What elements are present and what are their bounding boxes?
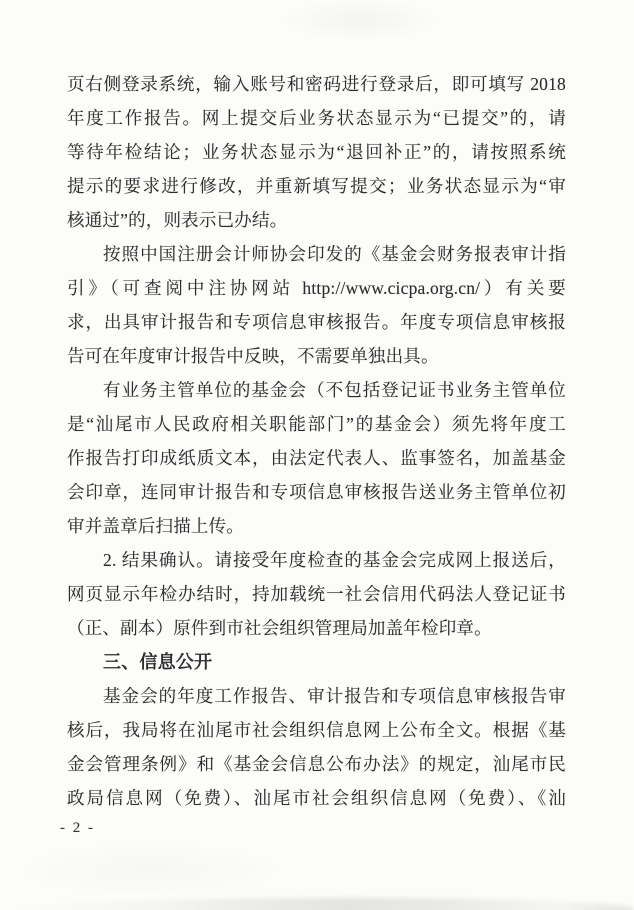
text-line: 核后，我局将在汕尾市社会组织信息网上公布全文。根据《基 — [67, 713, 566, 747]
text-line: 等待年检结论；业务状态显示为“退回补正”的，请按照系统 — [67, 135, 566, 169]
text-line: 年度工作报告。网上提交后业务状态显示为“已提交”的，请 — [67, 101, 566, 135]
text-line: 是“汕尾市人民政府相关职能部门”的基金会）须先将年度工 — [67, 407, 566, 441]
text-line: 引》（可查阅中注协网站 http://www.cicpa.org.cn/）有关要 — [67, 271, 566, 305]
text-line: 审并盖章后扫描上传。 — [67, 509, 566, 543]
text-line: 金会管理条例》和《基金会信息公布办法》的规定，汕尾市民 — [67, 747, 566, 781]
page-number: - 2 - — [60, 820, 95, 837]
section-heading: 三、信息公开 — [67, 645, 566, 679]
text-line: 求，出具审计报告和专项信息审核报告。年度专项信息审核报 — [67, 305, 566, 339]
text-line: 按照中国注册会计师协会印发的《基金会财务报表审计指 — [67, 237, 566, 271]
bottom-scan-shadow-artifact — [0, 898, 634, 910]
text-line: 页右侧登录系统，输入账号和密码进行登录后，即可填写 2018 — [67, 67, 566, 101]
text-line: 有业务主管单位的基金会（不包括登记证书业务主管单位 — [67, 373, 566, 407]
text-line: 提示的要求进行修改，并重新填写提交；业务状态显示为“审 — [67, 169, 566, 203]
text-line: 2. 结果确认。请接受年度检查的基金会完成网上报送后， — [67, 543, 566, 577]
text-line: （正、副本）原件到市社会组织管理局加盖年检印章。 — [67, 611, 566, 645]
text-line: 基金会的年度工作报告、审计报告和专项信息审核报告审 — [67, 679, 566, 713]
text-line: 核通过”的，则表示已办结。 — [67, 203, 566, 237]
text-line: 作报告打印成纸质文本，由法定代表人、监事签名，加盖基金 — [67, 441, 566, 475]
text-line: 网页显示年检办结时，持加载统一社会信用代码法人登记证书 — [67, 577, 566, 611]
text-block: 页右侧登录系统，输入账号和密码进行登录后，即可填写 2018年度工作报告。网上提… — [67, 67, 566, 815]
text-line: 告可在年度审计报告中反映，不需要单独出具。 — [67, 339, 566, 373]
document-page: { "colors": { "paper": "#fcfcfa", "ink":… — [0, 0, 634, 910]
text-line: 政局信息网（免费）、汕尾市社会组织信息网（免费）、《汕 — [67, 781, 566, 815]
text-line: 会印章，连同审计报告和专项信息审核报告送业务主管单位初 — [67, 475, 566, 509]
